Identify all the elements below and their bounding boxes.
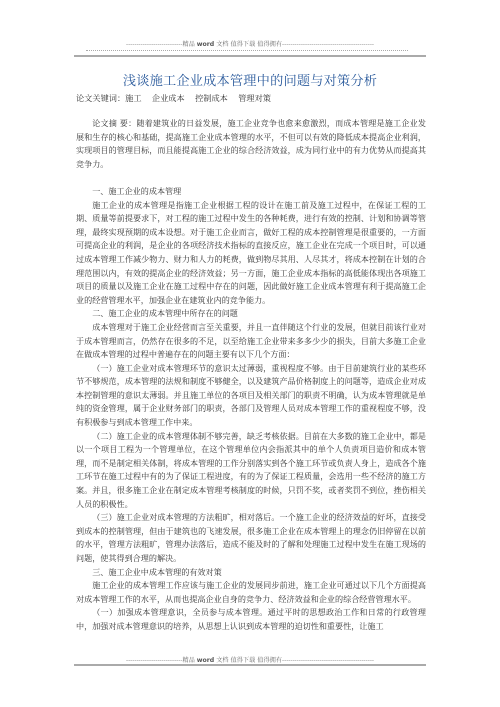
body-paragraph: （一）施工企业对成本管理环节的意识太过薄弱，重视程度不够。由于目前建筑行业的某些… — [76, 362, 426, 430]
body-paragraph: （三）施工企业对成本管理的方法粗旷，相对落后。一个施工企业的经济效益的好坏，直接… — [76, 511, 426, 565]
body-paragraph: 施工企业的成本管理工作应该与施工企业的发展同步前进，施工企业可通过以下几个方面提… — [76, 579, 426, 606]
footer-brand: 精品 — [182, 657, 194, 664]
footer-word-label: word — [197, 657, 214, 664]
footer-rule — [74, 664, 426, 666]
document-body: 论文摘 要：随着建筑业的日益发展，施工企业竞争也愈来愈激烈，而成本管理是施工企业… — [76, 117, 426, 634]
header-slogan: 文档 值得下载 值得拥有 — [216, 41, 282, 48]
header-dashes-right: ----------------------------------------… — [282, 41, 374, 48]
section-heading-3: 三、施工企业中成本管理的有效对策 — [76, 566, 426, 580]
document-title: 浅谈施工企业成本管理中的问题与对策分析 — [0, 70, 500, 89]
body-paragraph: 成本管理对于施工企业经营而言至关重要，并且一直伴随这个行业的发展，但就目前该行业… — [76, 321, 426, 362]
header-brand: 精品 — [182, 41, 194, 48]
page-header-banner: ---------------------------精品 word 文档 值得… — [0, 39, 500, 48]
abstract-paragraph: 论文摘 要：随着建筑业的日益发展，施工企业竞争也愈来愈激烈，而成本管理是施工企业… — [76, 117, 426, 171]
body-paragraph: （一）加强成本管理意识，全员参与成本管理。通过平时的思想政治工作和日常的行政管理… — [76, 606, 426, 633]
document-keywords: 论文关键词：施工 企业成本 控制成本 管理对策 — [76, 93, 271, 104]
section-heading-1: 一、施工企业的成本管理 — [76, 185, 426, 199]
body-paragraph: 施工企业的成本管理是指施工企业根据工程的设计在施工前及施工过程中，在保证工程的工… — [76, 199, 426, 308]
page-footer-banner: ---------------------------精品 word 文档 值得… — [0, 655, 500, 664]
header-word-label: word — [197, 41, 214, 48]
header-dashes-left: --------------------------- — [126, 41, 182, 48]
footer-dashes-right: ----------------------------------------… — [282, 657, 374, 664]
header-rule — [74, 55, 426, 57]
footer-slogan: 文档 值得下载 值得拥有 — [216, 657, 282, 664]
section-heading-2: 二、施工企业的成本管理中所存在的问题 — [76, 307, 426, 321]
header-dotted-divider — [86, 50, 408, 51]
body-paragraph: （二）施工企业的成本管理体制不够完善，缺乏考核依据。目前在大多数的施工企业中，都… — [76, 430, 426, 512]
footer-dashes-left: --------------------------- — [126, 657, 182, 664]
